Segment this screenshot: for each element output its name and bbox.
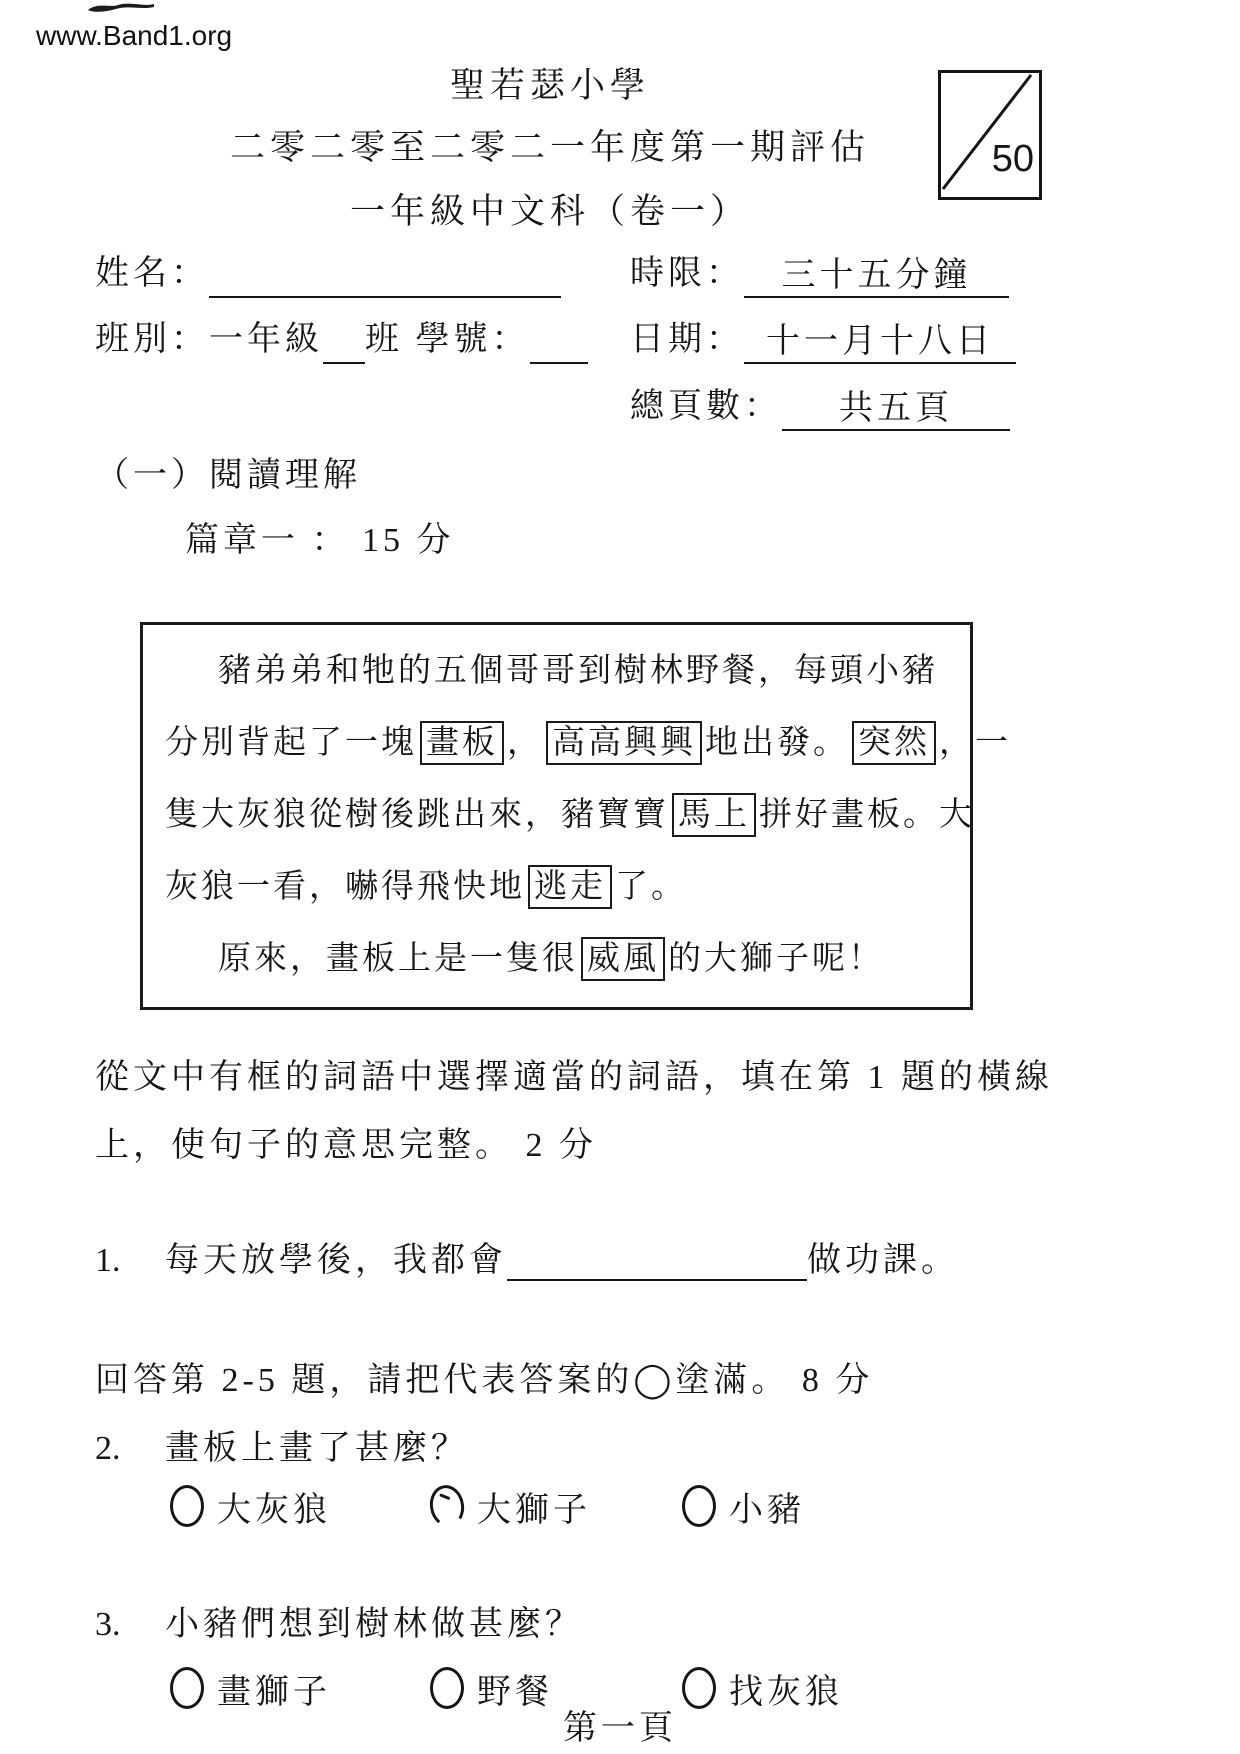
question-1-answer-blank[interactable] xyxy=(507,1239,807,1281)
class-row: 班別：一年級班 學號： xyxy=(95,316,588,364)
boxed-word: 高高興興 xyxy=(546,721,702,765)
multiple-choice-instruction: 回答第 2-5 題，請把代表答案的◯塗滿。 8 分 xyxy=(95,1352,873,1401)
question-1-number: 1. xyxy=(95,1242,165,1280)
passage-line: 灰狼一看，嚇得飛快地逃走了。 xyxy=(143,851,970,923)
question-2: 2.畫板上畫了甚麼？ xyxy=(95,1420,469,1469)
section-heading: （一）閱讀理解 xyxy=(95,447,361,496)
passage-text: 了。 xyxy=(615,869,687,905)
student-number-blank[interactable] xyxy=(530,322,588,364)
total-pages-value: 共五頁 xyxy=(782,385,1010,431)
passage-text: ， xyxy=(507,725,543,761)
fill-blank-instruction: 從文中有框的詞語中選擇適當的詞語，填在第 1 題的橫線上，使句子的意思完整。 2… xyxy=(95,1044,1070,1180)
school-name: 聖若瑟小學 xyxy=(0,58,1100,108)
question-1-text-after: 做功課。 xyxy=(807,1242,959,1279)
question-3-text: 小豬們想到樹林做甚麼？ xyxy=(165,1606,583,1643)
option-label: 小豬 xyxy=(729,1482,805,1531)
option-label: 大獅子 xyxy=(477,1482,591,1531)
exam-page: www.Band1.org 聖若瑟小學 二零二零至二零二一年度第一期評估 一年級… xyxy=(0,0,1240,1754)
passage-text: 拼好畫板。大 xyxy=(759,797,975,833)
boxed-word: 馬上 xyxy=(672,793,756,837)
passage-text: 隻大灰狼從樹後跳出來，豬寶寶 xyxy=(165,797,669,833)
score-box: 50 xyxy=(938,70,1042,200)
passage-line: 隻大灰狼從樹後跳出來，豬寶寶馬上拼好畫板。大 xyxy=(143,779,970,851)
passage-text: 地出發。 xyxy=(705,725,849,761)
answer-option[interactable]: 大獅子 xyxy=(430,1480,591,1532)
time-row: 時限：三十五分鐘 xyxy=(630,250,1009,298)
name-blank[interactable] xyxy=(209,256,561,298)
date-value: 十一月十八日 xyxy=(744,318,1016,364)
passage-heading: 篇章一 ： 15 分 xyxy=(185,512,455,561)
total-pages-label: 總頁數： xyxy=(630,388,782,425)
time-limit-label: 時限： xyxy=(630,255,744,292)
passage-box: 豬弟弟和牠的五個哥哥到樹林野餐，每頭小豬分別背起了一塊畫板，高高興興地出發。突然… xyxy=(140,622,973,1010)
class-number-label: 班 學號： xyxy=(365,321,530,358)
boxed-word: 突然 xyxy=(852,721,936,765)
page-number-footer: 第一頁 xyxy=(0,1700,1240,1749)
question-3: 3.小豬們想到樹林做甚麼？ xyxy=(95,1596,583,1645)
passage-text: 原來，畫板上是一隻很 xyxy=(218,941,578,977)
boxed-word: 威風 xyxy=(581,937,665,981)
time-limit-value: 三十五分鐘 xyxy=(744,252,1009,298)
pages-row: 總頁數：共五頁 xyxy=(630,383,1010,431)
question-2-text: 畫板上畫了甚麼？ xyxy=(165,1430,469,1467)
question-1-text-before: 每天放學後，我都會 xyxy=(165,1242,507,1279)
question-2-options: 大灰狼大獅子小豬 xyxy=(170,1480,1090,1532)
answer-option[interactable]: 大灰狼 xyxy=(170,1480,331,1532)
answer-bubble[interactable] xyxy=(170,1485,204,1527)
passage-text: 灰狼一看，嚇得飛快地 xyxy=(165,869,525,905)
passage-line: 分別背起了一塊畫板，高高興興地出發。突然，一 xyxy=(143,707,970,779)
watermark-url: www.Band1.org xyxy=(36,20,232,52)
passage-text: 的大獅子呢！ xyxy=(668,941,884,977)
class-blank[interactable] xyxy=(323,322,365,364)
passage-lines: 豬弟弟和牠的五個哥哥到樹林野餐，每頭小豬分別背起了一塊畫板，高高興興地出發。突然… xyxy=(143,635,970,995)
exam-year-title: 二零二零至二零二一年度第一期評估 xyxy=(0,120,1100,170)
boxed-word: 畫板 xyxy=(420,721,504,765)
scan-artifact-scribble xyxy=(84,0,158,16)
date-label: 日期： xyxy=(630,321,744,358)
passage-text: 豬弟弟和牠的五個哥哥到樹林野餐，每頭小豬 xyxy=(218,653,938,689)
class-label: 班別：一年級 xyxy=(95,321,323,358)
option-label: 大灰狼 xyxy=(217,1482,331,1531)
answer-bubble-broken[interactable] xyxy=(427,1482,468,1529)
score-total: 50 xyxy=(992,138,1034,181)
passage-line: 豬弟弟和牠的五個哥哥到樹林野餐，每頭小豬 xyxy=(143,635,970,707)
answer-option[interactable]: 小豬 xyxy=(682,1480,805,1532)
paper-title: 一年級中文科（卷一） xyxy=(0,184,1100,234)
question-3-number: 3. xyxy=(95,1606,165,1644)
question-1: 1.每天放學後，我都會做功課。 xyxy=(95,1232,959,1281)
answer-bubble[interactable] xyxy=(682,1485,716,1527)
passage-text: ，一 xyxy=(939,725,1011,761)
question-2-number: 2. xyxy=(95,1430,165,1468)
name-row: 姓名： xyxy=(95,250,561,298)
name-label: 姓名： xyxy=(95,255,209,292)
passage-text: 分別背起了一塊 xyxy=(165,725,417,761)
passage-line: 原來，畫板上是一隻很威風的大獅子呢！ xyxy=(143,923,970,995)
date-row: 日期：十一月十八日 xyxy=(630,316,1016,364)
boxed-word: 逃走 xyxy=(528,865,612,909)
